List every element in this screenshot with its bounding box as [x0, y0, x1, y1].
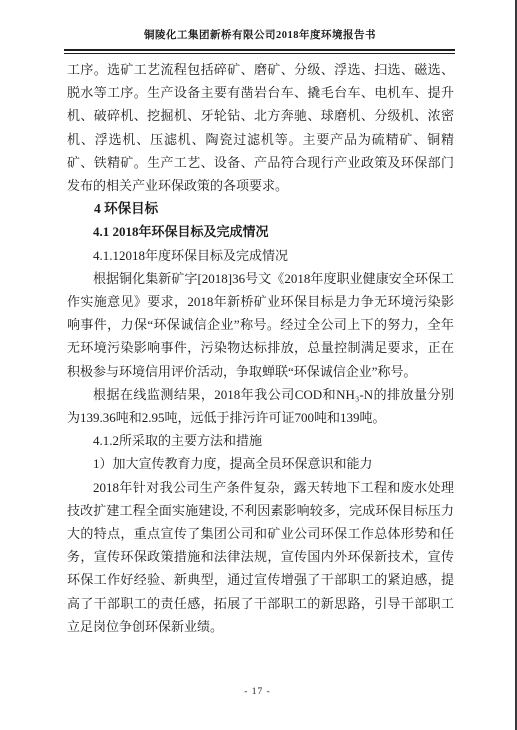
document-body: 工序。选矿工艺流程包括碎矿、磨矿、分级、浮选、扫选、磁选、脱水等工序。生产设备主…: [67, 58, 454, 638]
header-divider: [64, 49, 455, 54]
section-heading-4-1-2: 4.1.2所采取的主要方法和措施: [67, 429, 454, 452]
paragraph-publicity: 2018年针对我公司生产条件复杂，露天转地下工程和废水处理技改扩建工程全面实施建…: [67, 476, 454, 638]
section-heading-4-1: 4.1 2018年环保目标及完成情况: [67, 220, 454, 243]
page-header-title: 铜陵化工集团新桥有限公司2018年度环境报告书: [67, 27, 453, 42]
paragraph-monitoring-result: 根据在线监测结果，2018年我公司COD和NH₃-N的排放量分别为139.36吨…: [67, 383, 454, 429]
section-heading-4: 4 环保目标: [67, 197, 454, 220]
document-page: 铜陵化工集团新桥有限公司2018年度环境报告书 工序。选矿工艺流程包括碎矿、磨矿…: [0, 0, 517, 730]
section-heading-4-1-1: 4.1.12018年度环保目标及完成情况: [67, 244, 454, 267]
page-number: - 17 -: [0, 687, 515, 697]
list-item-1: 1）加大宣传教育力度，提高全员环保意识和能力: [67, 452, 454, 475]
paragraph-env-goal: 根据铜化集新矿字[2018]36号文《2018年度职业健康安全环保工作实施意见》…: [67, 267, 454, 383]
paragraph-production-process: 工序。选矿工艺流程包括碎矿、磨矿、分级、浮选、扫选、磁选、脱水等工序。生产设备主…: [67, 58, 454, 197]
